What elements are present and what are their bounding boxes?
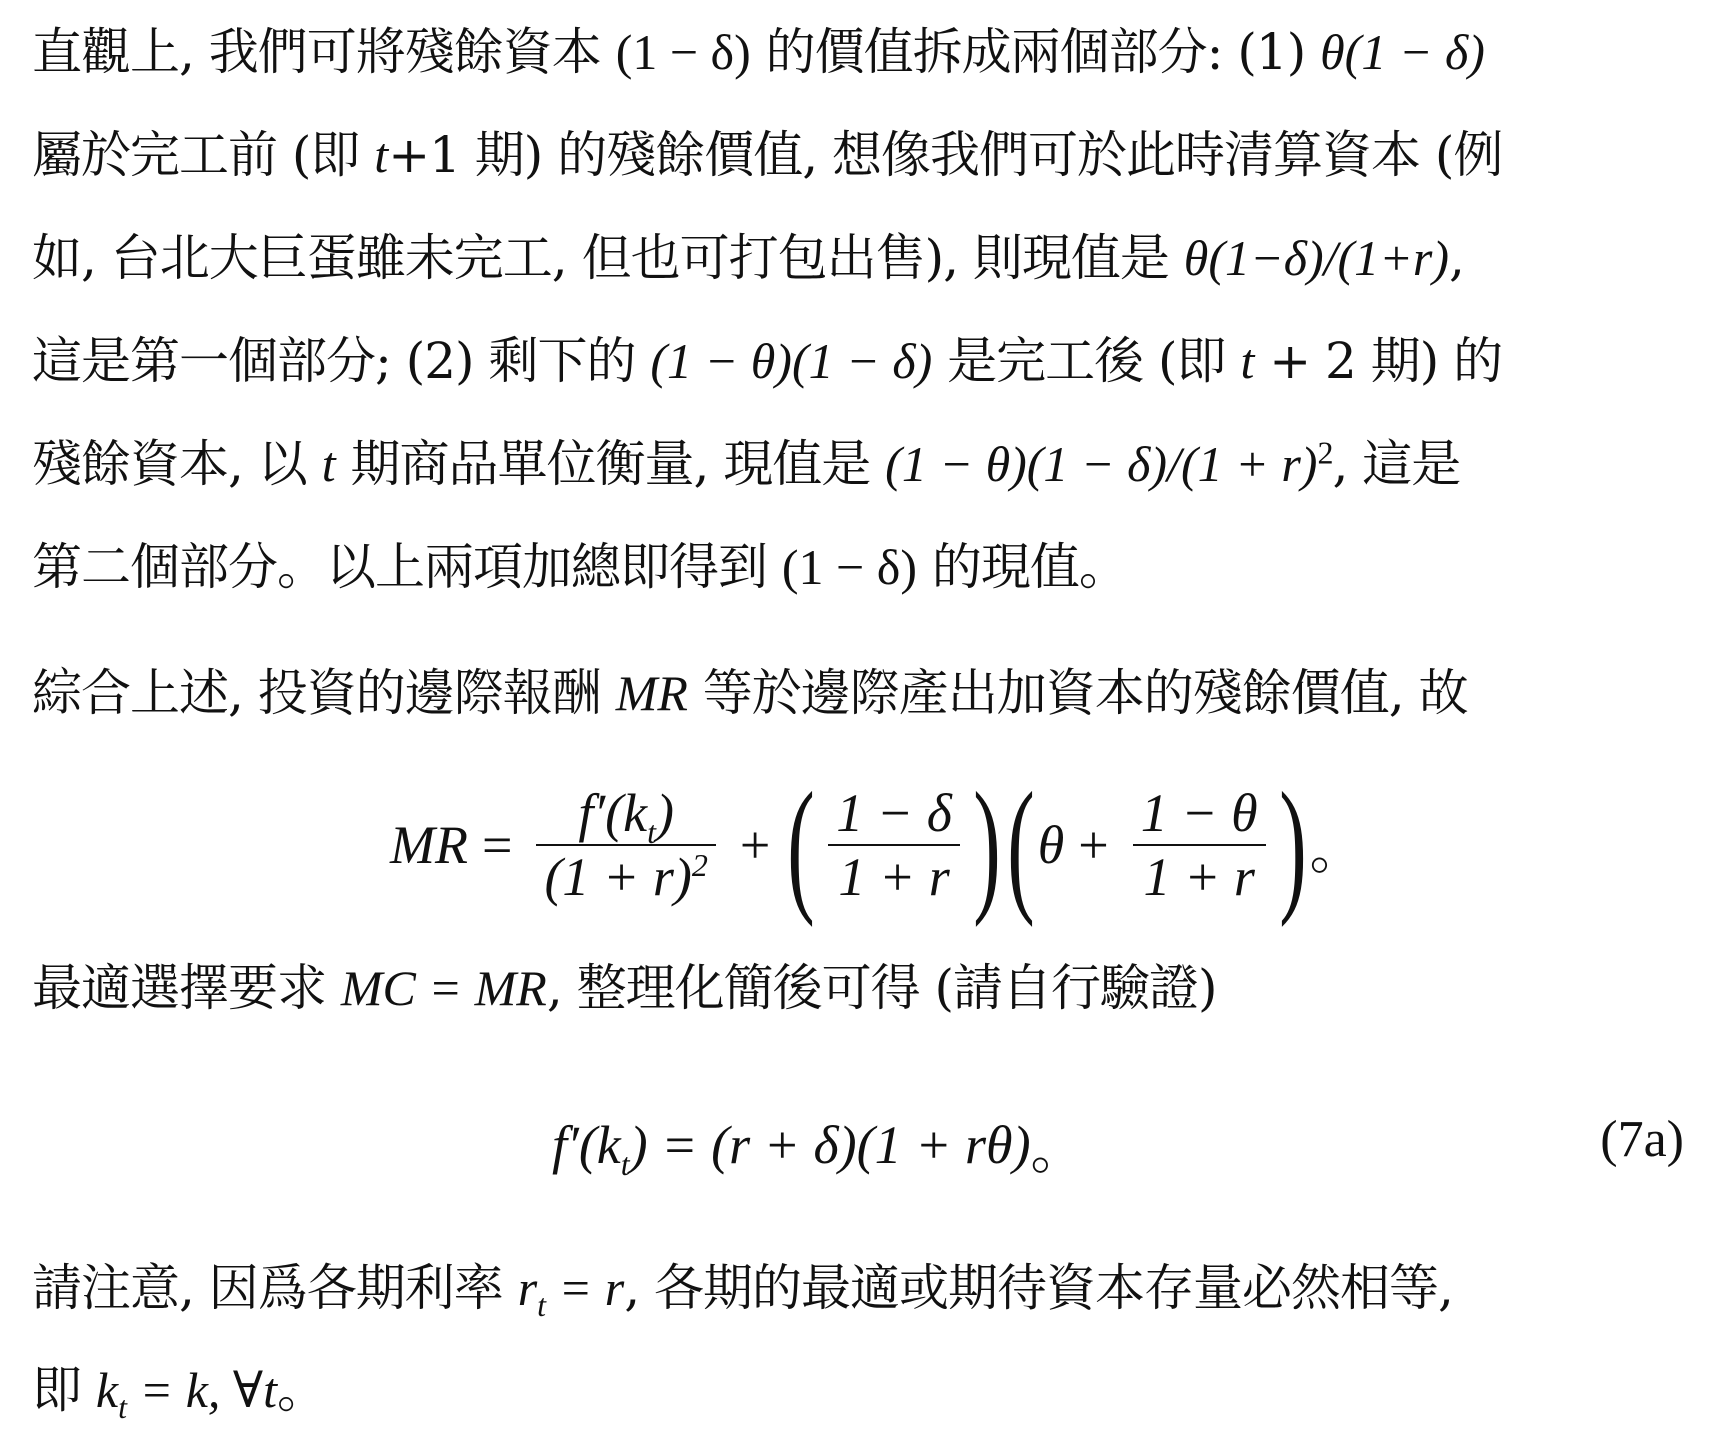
- text: 殘餘資本, 以: [32, 435, 322, 493]
- text: 如, 台北大巨蛋雖未完工, 但也可打包出售), 則現值是: [32, 229, 1184, 287]
- paragraph-line: 第二個部分。以上兩項加總即得到 (1 − δ) 的現值。: [32, 537, 1128, 597]
- math-text: ): [630, 1115, 648, 1175]
- text: 等於邊際產出加資本的殘餘價值, 故: [688, 664, 1468, 722]
- math-subscript: t: [621, 1146, 630, 1182]
- equation-mr: MR = f′(kt) (1 + r)2 + ( 1 − δ 1 + r ) (…: [390, 760, 1364, 930]
- math-inline: (1 − δ): [782, 539, 917, 595]
- text: 屬於完工前 (即: [32, 126, 374, 184]
- paragraph-line: 如, 台北大巨蛋雖未完工, 但也可打包出售), 則現值是 θ(1−δ)/(1+r…: [32, 228, 1464, 288]
- math-subscript: t: [118, 1389, 127, 1425]
- math-text: f′(k: [578, 783, 647, 843]
- fraction-numerator: f′(kt): [570, 782, 682, 844]
- text: 請注意, 因爲各期利率: [32, 1259, 518, 1317]
- math-inline: (1 − θ)(1 − δ): [650, 333, 932, 389]
- paragraph-line: 請注意, 因爲各期利率 rt = r, 各期的最適或期待資本存量必然相等,: [32, 1258, 1453, 1318]
- math-inline: MC = MR: [341, 960, 547, 1016]
- fraction-denominator: 1 + r: [1135, 846, 1262, 908]
- math-inline: r: [518, 1260, 537, 1316]
- text: 最適選擇要求: [32, 959, 341, 1017]
- math-inline: θ(1 − δ): [1320, 24, 1485, 80]
- math-inline: θ(1−δ)/(1+r): [1184, 230, 1449, 286]
- text: + 2 期) 的: [1254, 332, 1502, 390]
- math-inline: t: [374, 127, 388, 183]
- text: , 這是: [1332, 435, 1460, 493]
- fraction-denominator: (1 + r)2: [536, 846, 715, 908]
- math-inline: t: [322, 436, 336, 492]
- equation-7a: f′(kt) = (r + δ)(1 + rθ) 。: [552, 1110, 1085, 1180]
- text: 這是第一個部分; (2) 剩下的: [32, 332, 650, 390]
- left-paren: (: [1007, 770, 1034, 920]
- math-inline: = k, ∀t: [127, 1362, 277, 1418]
- math-text: f′(k: [552, 1115, 621, 1175]
- fraction-denominator: 1 + r: [830, 846, 957, 908]
- math-text: (1 + r): [544, 847, 691, 907]
- paragraph-line: 殘餘資本, 以 t 期商品單位衡量, 現值是 (1 − θ)(1 − δ)/(1…: [32, 434, 1460, 494]
- math-inline: = r: [546, 1260, 624, 1316]
- equation-number: (7a): [1600, 1110, 1684, 1170]
- math-inline: t: [1240, 333, 1254, 389]
- math-inline: MR: [616, 665, 688, 721]
- math-operator: +: [1078, 814, 1108, 876]
- paragraph-line: 最適選擇要求 MC = MR, 整理化簡後可得 (請自行驗證): [32, 958, 1217, 1018]
- fraction-numerator: 1 − θ: [1133, 782, 1266, 844]
- text: , 整理化簡後可得 (請自行驗證): [547, 959, 1217, 1017]
- text: 直觀上, 我們可將殘餘資本: [32, 23, 616, 81]
- math-subscript: t: [537, 1287, 546, 1323]
- fraction: f′(kt) (1 + r)2: [536, 782, 715, 908]
- text: 第二個部分。以上兩項加總即得到: [32, 538, 782, 596]
- math-lhs: MR: [390, 814, 468, 876]
- text: +1 期) 的殘餘價值, 想像我們可於此時清算資本 (例: [388, 126, 1502, 184]
- math-superscript: 2: [692, 847, 708, 883]
- math-inline: (1 − θ)(1 − δ)/(1 + r): [885, 436, 1317, 492]
- math-lhs: f′(kt): [552, 1114, 648, 1176]
- fraction: 1 − θ 1 + r: [1133, 782, 1266, 908]
- paragraph-line: 綜合上述, 投資的邊際報酬 MR 等於邊際產出加資本的殘餘價值, 故: [32, 663, 1468, 723]
- paragraph-line: 屬於完工前 (即 t+1 期) 的殘餘價值, 想像我們可於此時清算資本 (例: [32, 125, 1502, 185]
- paragraph-line: 這是第一個部分; (2) 剩下的 (1 − θ)(1 − δ) 是完工後 (即 …: [32, 331, 1502, 391]
- math-inline: k: [96, 1362, 118, 1418]
- text: 的現值。: [917, 538, 1128, 596]
- text: 即: [32, 1361, 96, 1419]
- right-paren: ): [973, 770, 1000, 920]
- right-paren: ): [1279, 770, 1306, 920]
- math-inline: (1 − δ): [616, 24, 751, 80]
- left-paren: (: [788, 770, 815, 920]
- text: , 各期的最適或期待資本存量必然相等,: [624, 1259, 1453, 1317]
- math-text: θ: [1038, 814, 1065, 876]
- math-operator: +: [740, 814, 770, 876]
- text: 期商品單位衡量, 現值是: [336, 435, 886, 493]
- period: 。: [1310, 807, 1364, 884]
- text: 綜合上述, 投資的邊際報酬: [32, 664, 616, 722]
- math-superscript: 2: [1317, 434, 1332, 470]
- period: 。: [1031, 1107, 1085, 1184]
- math-rhs: = (r + δ)(1 + rθ): [648, 1114, 1031, 1176]
- text: 。: [277, 1361, 326, 1419]
- text: ,: [1449, 229, 1464, 287]
- fraction-numerator: 1 − δ: [828, 782, 960, 844]
- paragraph-line: 即 kt = k, ∀t。: [32, 1360, 326, 1420]
- fraction: 1 − δ 1 + r: [828, 782, 960, 908]
- text: 是完工後 (即: [932, 332, 1240, 390]
- text: 的價值拆成兩個部分: (1): [751, 23, 1320, 81]
- paragraph-line: 直觀上, 我們可將殘餘資本 (1 − δ) 的價值拆成兩個部分: (1) θ(1…: [32, 22, 1485, 82]
- math-text: ): [656, 783, 674, 843]
- math-operator: =: [482, 814, 512, 876]
